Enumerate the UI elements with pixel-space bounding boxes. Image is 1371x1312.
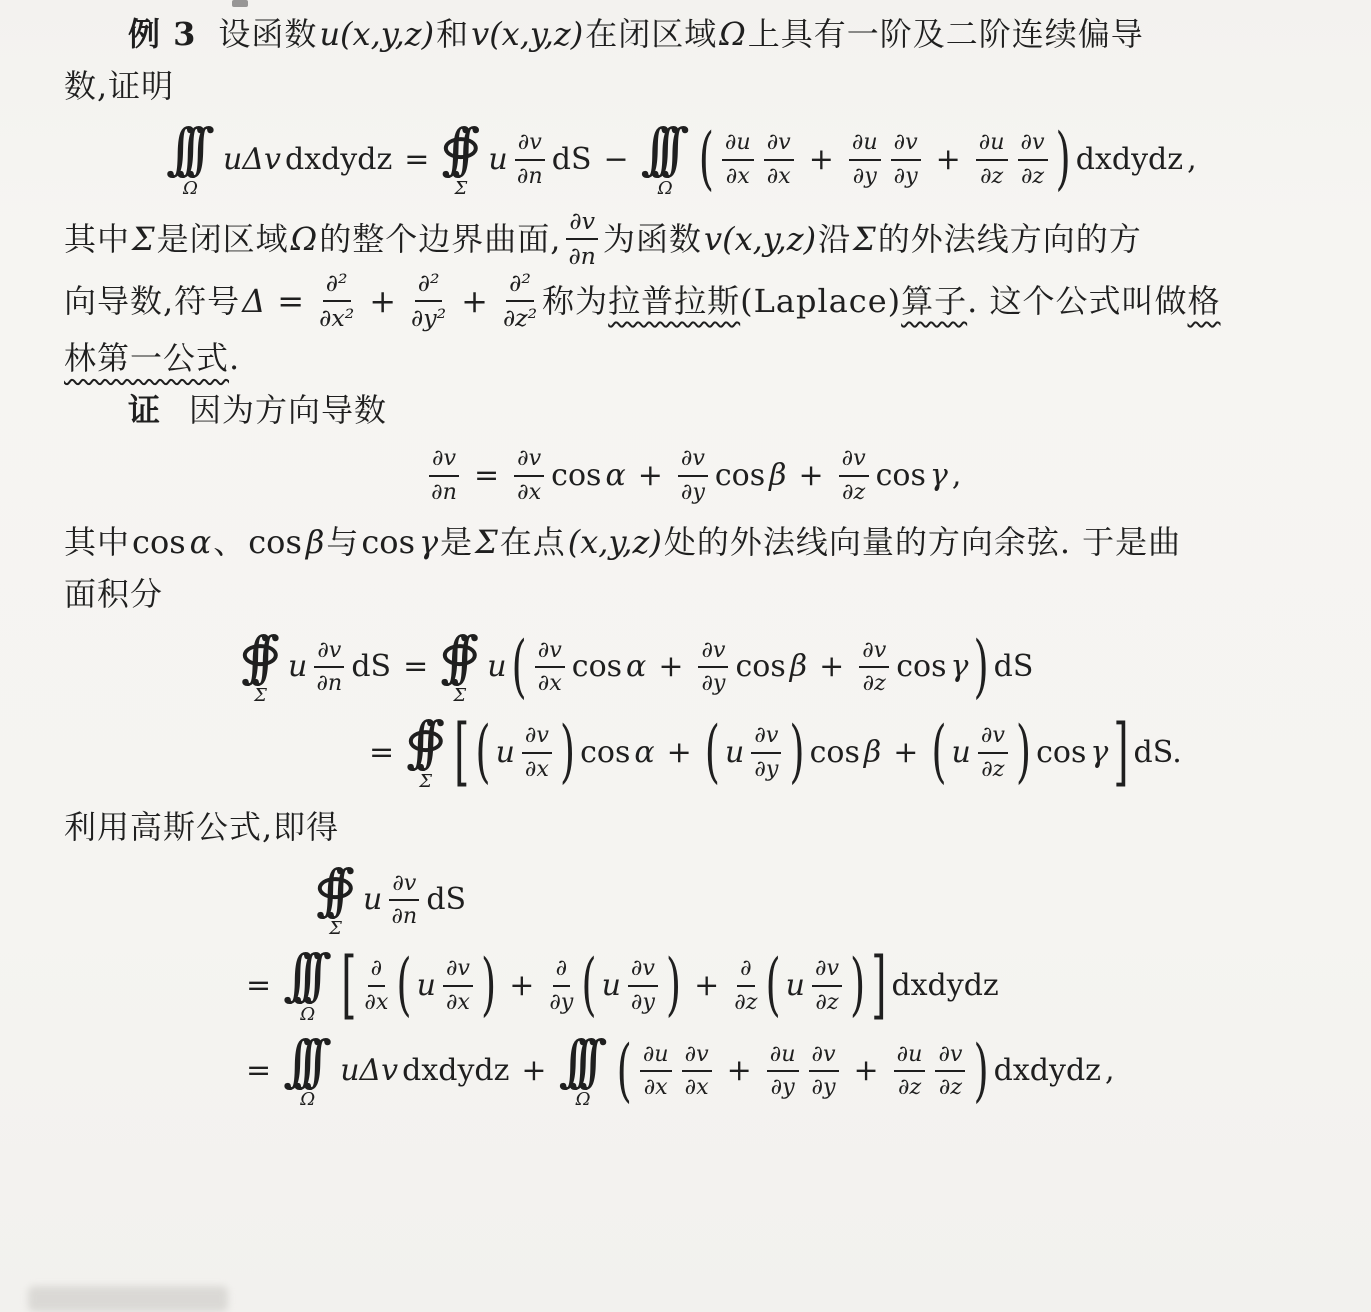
big-delimiter: ( xyxy=(705,719,720,787)
operator: − xyxy=(604,145,629,175)
text-line: 向导数,符号 Δ=∂²∂x²+∂²∂y²+∂²∂z²称为拉普拉斯(Laplace… xyxy=(64,270,1327,332)
integral-sign: ∫ xyxy=(186,122,215,178)
integral-limit: Σ xyxy=(419,773,432,791)
math-run: u xyxy=(288,652,307,682)
math-run: u xyxy=(725,738,744,768)
surface-integral-glyph: ∫∫ xyxy=(441,122,480,178)
numerator: ∂v xyxy=(935,1042,965,1073)
fraction: ∂∂x xyxy=(364,956,388,1015)
math-run: Ω xyxy=(719,9,746,59)
text-run: 的整个边界曲面, xyxy=(319,214,561,264)
denominator: ∂n xyxy=(517,161,543,190)
denominator: ∂z xyxy=(981,754,1004,783)
numerator: ∂u xyxy=(722,130,754,161)
big-delimiter: ) xyxy=(666,952,681,1020)
text-run: 在闭区域 xyxy=(585,9,717,59)
math-run: u xyxy=(488,145,507,175)
operator: + xyxy=(461,276,488,326)
denominator: ∂z xyxy=(815,987,838,1016)
big-delimiter: ] xyxy=(871,949,886,1023)
numerator: ∂² xyxy=(506,270,534,302)
math-run: α xyxy=(190,517,212,567)
math-run: β xyxy=(306,517,325,567)
bold-label: 例 3 xyxy=(128,9,196,59)
text-line: 例 3设函数 u(x,y,z)和 v(x,y,z)在闭区域 Ω 上具有一阶及二阶… xyxy=(64,8,1327,60)
operator: = xyxy=(403,652,428,682)
text-run: 设函数 xyxy=(218,9,317,59)
numerator: ∂v xyxy=(314,638,344,669)
numerator: ∂v xyxy=(978,723,1008,754)
denominator: ∂n xyxy=(431,477,457,506)
numerator: ∂v xyxy=(764,130,794,161)
text-line: 利用高斯公式,即得 xyxy=(64,801,1327,853)
para-proof-start: 证因为方向导数 xyxy=(64,384,1327,436)
denominator: ∂x² xyxy=(319,302,354,332)
math-run: γ xyxy=(951,652,969,682)
scanned-textbook-page: 例 3设函数 u(x,y,z)和 v(x,y,z)在闭区域 Ω 上具有一阶及二阶… xyxy=(0,0,1371,1312)
triple-integral: ∫∫∫Ω xyxy=(559,1034,608,1110)
numerator: ∂u xyxy=(976,130,1008,161)
integral-limit: Σ xyxy=(329,920,342,938)
integral-limit: Ω xyxy=(300,1006,315,1024)
triple-integral: ∫∫∫Ω xyxy=(166,122,215,198)
big-delimiter: ( xyxy=(581,952,596,1020)
big-delimiter: ) xyxy=(1016,719,1031,787)
denominator: ∂z xyxy=(842,477,865,506)
para-laplace-definition: 其中 Σ 是闭区域 Ω 的整个边界曲面,∂v∂n为函数 v(x,y,z)沿 Σ … xyxy=(64,208,1327,385)
formula-line: ∫∫∫ΩuΔvdxdydz=∫∫Σu∂v∂ndS−∫∫∫Ω(∂u∂x∂v∂x+∂… xyxy=(64,122,1327,198)
roman-run: cos xyxy=(551,461,601,491)
roman-run: dS. xyxy=(1134,738,1182,768)
integral-limit: Ω xyxy=(300,1091,315,1109)
roman-run: cos xyxy=(876,461,926,491)
fraction: ∂v∂n xyxy=(429,446,459,505)
surface-integral-glyph: ∫∫ xyxy=(406,715,445,771)
fraction: ∂v∂x xyxy=(514,446,544,505)
formula-line: ∂v∂n=∂v∂xcos α+∂v∂ycos β+∂v∂zcos γ, xyxy=(64,446,1327,505)
numerator: ∂v xyxy=(751,723,781,754)
fraction: ∂v∂y xyxy=(751,723,781,782)
text-run: 数,证明 xyxy=(64,61,174,111)
math-run: α xyxy=(634,738,654,768)
big-delimiter: ) xyxy=(1056,126,1071,194)
numerator: ∂v xyxy=(812,956,842,987)
text-run: 、 xyxy=(213,517,246,567)
numerator: ∂v xyxy=(522,723,552,754)
text-run: (Laplace) xyxy=(740,276,901,326)
operator: + xyxy=(509,971,534,1001)
wavy-term: 格 xyxy=(1188,276,1221,326)
big-delimiter: ) xyxy=(850,952,865,1020)
operator: + xyxy=(819,652,844,682)
integral-sign: ∫ xyxy=(579,1034,608,1090)
integral-sign: ∫ xyxy=(303,948,332,1004)
big-delimiter: ( xyxy=(765,952,780,1020)
text-run: 向导数,符号 xyxy=(64,276,240,326)
operator: + xyxy=(369,276,396,326)
math-run: uΔv xyxy=(223,145,281,175)
roman-run: cos xyxy=(132,517,186,567)
denominator: ∂y xyxy=(631,987,655,1016)
bold-label: 证 xyxy=(128,385,161,435)
numerator: ∂u xyxy=(849,130,881,161)
fraction: ∂v∂z xyxy=(935,1042,965,1101)
roman-run: cos xyxy=(248,517,302,567)
math-run: u xyxy=(417,971,436,1001)
roman-run: cos xyxy=(572,652,622,682)
numerator: ∂ xyxy=(553,956,570,987)
operator: = xyxy=(369,738,394,768)
fraction: ∂u∂z xyxy=(894,1042,926,1101)
text-line: 数,证明 xyxy=(64,60,1327,112)
fraction: ∂²∂x² xyxy=(319,270,354,332)
denominator: ∂x xyxy=(644,1072,668,1101)
math-run: Σ xyxy=(853,214,876,264)
integral-limit: Ω xyxy=(183,180,198,198)
formula-final-derivation: ∫∫Σu∂v∂ndS=∫∫∫Ω[∂∂x(u∂v∂x)+∂∂y(u∂v∂y)+∂∂… xyxy=(64,863,1327,1110)
integral-sign: ∫ xyxy=(303,1034,332,1090)
numerator: ∂v xyxy=(514,446,544,477)
roman-run: cos xyxy=(735,652,785,682)
math-run: v(x,y,z) xyxy=(471,9,583,59)
denominator: ∂x xyxy=(726,161,750,190)
math-run: γ xyxy=(419,517,438,567)
numerator: ∂v xyxy=(535,638,565,669)
numerator: ∂v xyxy=(682,1042,712,1073)
denominator: ∂z xyxy=(1021,161,1044,190)
numerator: ∂² xyxy=(323,270,351,302)
text-run: 称为 xyxy=(542,276,608,326)
para-example-statement: 例 3设函数 u(x,y,z)和 v(x,y,z)在闭区域 Ω 上具有一阶及二阶… xyxy=(64,8,1327,112)
denominator: ∂z xyxy=(898,1072,921,1101)
numerator: ∂v xyxy=(859,638,889,669)
roman-run: cos xyxy=(580,738,630,768)
triple-integral: ∫∫∫Ω xyxy=(283,1034,332,1110)
numerator: ∂v xyxy=(1018,130,1048,161)
numerator: ∂v xyxy=(628,956,658,987)
integral-limit: Σ xyxy=(453,687,466,705)
operator: + xyxy=(658,652,683,682)
surface-integral-glyph: ∫∫ xyxy=(241,630,280,686)
roman-run: , xyxy=(952,461,962,491)
text-run: 面积分 xyxy=(64,569,163,619)
denominator: ∂z² xyxy=(503,302,537,332)
formula-line: =∫∫Σ[(u∂v∂x)cos α+(u∂v∂y)cos β+(u∂v∂z)co… xyxy=(64,715,1327,791)
math-run: uΔv xyxy=(340,1056,398,1086)
text-run: 其中 xyxy=(64,517,130,567)
denominator: ∂n xyxy=(316,668,342,697)
math-run: u xyxy=(487,652,506,682)
surface-integral-glyph: ∫∫ xyxy=(440,630,479,686)
roman-run: dS xyxy=(426,885,466,915)
math-run: β xyxy=(864,738,881,768)
math-run: γ xyxy=(930,461,948,491)
text-run: 利用高斯公式,即得 xyxy=(64,802,339,852)
operator: + xyxy=(727,1056,752,1086)
math-run: β xyxy=(790,652,807,682)
text-run: 与 xyxy=(326,517,359,567)
math-run: Δ xyxy=(242,276,265,326)
triple-integral-glyph: ∫∫∫ xyxy=(559,1034,608,1090)
operator: + xyxy=(521,1056,546,1086)
text-run: 因为方向导数 xyxy=(189,385,387,435)
numerator: ∂v xyxy=(698,638,728,669)
formula-line: ∫∫Σu∂v∂ndS xyxy=(64,863,1327,939)
denominator: ∂x xyxy=(525,754,549,783)
math-run: u xyxy=(786,971,805,1001)
math-run: γ xyxy=(1090,738,1108,768)
fraction: ∂v∂z xyxy=(978,723,1008,782)
page-content: 例 3设函数 u(x,y,z)和 v(x,y,z)在闭区域 Ω 上具有一阶及二阶… xyxy=(64,8,1327,1109)
fraction: ∂u∂x xyxy=(722,130,754,189)
fraction: ∂v∂y xyxy=(628,956,658,1015)
fraction: ∂v∂y xyxy=(891,130,921,189)
surface-integral: ∫∫Σ xyxy=(441,122,480,198)
numerator: ∂u xyxy=(640,1042,672,1073)
roman-run: dxdydz xyxy=(994,1056,1101,1086)
denominator: ∂y xyxy=(771,1072,795,1101)
scan-artifact xyxy=(232,0,248,7)
surface-integral-glyph: ∫∫ xyxy=(316,863,355,919)
scan-artifact xyxy=(28,1286,228,1312)
numerator: ∂ xyxy=(737,956,754,987)
fraction: ∂u∂y xyxy=(767,1042,799,1101)
denominator: ∂x xyxy=(364,987,388,1016)
math-run: u xyxy=(363,885,382,915)
text-run: 是闭区域 xyxy=(157,214,289,264)
text-line: 其中 Σ 是闭区域 Ω 的整个边界曲面,∂v∂n为函数 v(x,y,z)沿 Σ … xyxy=(64,208,1327,270)
operator: + xyxy=(694,971,719,1001)
fraction: ∂v∂z xyxy=(812,956,842,1015)
roman-run: cos xyxy=(810,738,860,768)
math-run: u(x,y,z) xyxy=(319,9,434,59)
big-delimiter: ) xyxy=(973,633,988,701)
big-delimiter: ( xyxy=(931,719,946,787)
denominator: ∂y xyxy=(894,161,918,190)
operator: + xyxy=(854,1056,879,1086)
operator: + xyxy=(798,461,823,491)
operator: = xyxy=(246,971,271,1001)
denominator: ∂y xyxy=(681,477,705,506)
operator: + xyxy=(936,145,961,175)
denominator: ∂x xyxy=(767,161,791,190)
roman-run: dS xyxy=(994,652,1034,682)
denominator: ∂n xyxy=(391,901,417,930)
text-run: 在点 xyxy=(500,517,566,567)
operator: + xyxy=(809,145,834,175)
roman-run: dxdydz xyxy=(891,971,998,1001)
fraction: ∂v∂y xyxy=(698,638,728,697)
integral-limit: Ω xyxy=(576,1091,591,1109)
denominator: ∂z xyxy=(939,1072,962,1101)
denominator: ∂y xyxy=(853,161,877,190)
fraction: ∂²∂z² xyxy=(503,270,537,332)
fraction: ∂u∂x xyxy=(640,1042,672,1101)
fraction: ∂v∂y xyxy=(678,446,708,505)
formula-directional-derivative: ∂v∂n=∂v∂xcos α+∂v∂ycos β+∂v∂zcos γ, xyxy=(64,446,1327,505)
fraction: ∂v∂n xyxy=(515,130,545,189)
roman-run: dS xyxy=(351,652,391,682)
operator: = xyxy=(277,276,304,326)
roman-run: dxdydz xyxy=(285,145,392,175)
denominator: ∂x xyxy=(517,477,541,506)
text-run: 为函数 xyxy=(603,214,702,264)
denominator: ∂z xyxy=(863,668,886,697)
numerator: ∂u xyxy=(894,1042,926,1073)
formula-surface-integral-expansion: ∫∫Σu∂v∂ndS=∫∫Σu(∂v∂xcos α+∂v∂ycos β+∂v∂z… xyxy=(64,630,1327,791)
surface-integral: ∫∫Σ xyxy=(440,630,479,706)
denominator: ∂z xyxy=(980,161,1003,190)
denominator: ∂y² xyxy=(411,302,446,332)
numerator: ∂v xyxy=(389,871,419,902)
roman-run: cos xyxy=(896,652,946,682)
math-run: u xyxy=(602,971,621,1001)
operator: + xyxy=(893,738,918,768)
math-run: α xyxy=(605,461,625,491)
math-run: Ω xyxy=(291,214,318,264)
text-run: 其中 xyxy=(64,214,130,264)
roman-run: , xyxy=(1187,145,1197,175)
roman-run: dxdydz xyxy=(1076,145,1183,175)
math-run: Σ xyxy=(475,517,498,567)
roman-run: cos xyxy=(1036,738,1086,768)
denominator: ∂x xyxy=(685,1072,709,1101)
operator: + xyxy=(638,461,663,491)
fraction: ∂v∂n xyxy=(314,638,344,697)
math-run: α xyxy=(626,652,646,682)
surface-integral: ∫∫Σ xyxy=(316,863,355,939)
denominator: ∂y xyxy=(701,668,725,697)
fraction: ∂v∂z xyxy=(1018,130,1048,189)
wavy-term: 算子 xyxy=(901,276,967,326)
formula-line: =∫∫∫ΩuΔvdxdydz+∫∫∫Ω(∂u∂x∂v∂x+∂u∂y∂v∂y+∂u… xyxy=(64,1034,1327,1110)
triple-integral-glyph: ∫∫∫ xyxy=(283,948,332,1004)
math-run: u xyxy=(952,738,971,768)
formula-green-first: ∫∫∫ΩuΔvdxdydz=∫∫Σu∂v∂ndS−∫∫∫Ω(∂u∂x∂v∂x+∂… xyxy=(64,122,1327,198)
roman-run: dxdydz xyxy=(402,1056,509,1086)
fraction: ∂v∂z xyxy=(859,638,889,697)
big-delimiter: ( xyxy=(512,633,527,701)
triple-integral-glyph: ∫∫∫ xyxy=(641,122,690,178)
numerator: ∂v xyxy=(566,208,598,240)
big-delimiter: ( xyxy=(617,1037,632,1105)
operator: = xyxy=(404,145,429,175)
fraction: ∂v∂y xyxy=(809,1042,839,1101)
numerator: ∂v xyxy=(839,446,869,477)
triple-integral: ∫∫∫Ω xyxy=(283,948,332,1024)
text-run: 和 xyxy=(436,9,469,59)
fraction: ∂∂y xyxy=(549,956,573,1015)
math-run: (x,y,z) xyxy=(568,517,662,567)
big-delimiter: ) xyxy=(973,1037,988,1105)
numerator: ∂v xyxy=(443,956,473,987)
wavy-term: 林第一公式 xyxy=(64,333,229,383)
numerator: ∂v xyxy=(429,446,459,477)
text-line: 面积分 xyxy=(64,568,1327,620)
fraction: ∂v∂x xyxy=(682,1042,712,1101)
roman-run: dS xyxy=(552,145,592,175)
formula-line: ∫∫Σu∂v∂ndS=∫∫Σu(∂v∂xcos α+∂v∂ycos β+∂v∂z… xyxy=(64,630,1327,706)
fraction: ∂v∂z xyxy=(839,446,869,505)
operator: = xyxy=(474,461,499,491)
denominator: ∂y xyxy=(812,1072,836,1101)
numerator: ∂v xyxy=(809,1042,839,1073)
denominator: ∂x xyxy=(446,987,470,1016)
integral-limit: Σ xyxy=(254,687,267,705)
big-delimiter: ) xyxy=(789,719,804,787)
text-line: 证因为方向导数 xyxy=(64,384,1327,436)
fraction: ∂u∂y xyxy=(849,130,881,189)
numerator: ∂u xyxy=(767,1042,799,1073)
denominator: ∂n xyxy=(568,240,596,270)
math-run: v(x,y,z) xyxy=(704,214,816,264)
para-direction-cosines: 其中 cos α、cos β 与 cos γ 是 Σ 在点(x,y,z)处的外法… xyxy=(64,516,1327,620)
integral-limit: Ω xyxy=(658,180,673,198)
numerator: ∂v xyxy=(678,446,708,477)
text-run: 处的外法线向量的方向余弦. 于是曲 xyxy=(664,517,1181,567)
integral-sign: ∫ xyxy=(661,122,690,178)
roman-run: cos xyxy=(361,517,415,567)
denominator: ∂y xyxy=(754,754,778,783)
operator: = xyxy=(246,1056,271,1086)
math-run: Σ xyxy=(132,214,155,264)
math-run: β xyxy=(769,461,786,491)
denominator: ∂y xyxy=(549,987,573,1016)
triple-integral: ∫∫∫Ω xyxy=(641,122,690,198)
fraction: ∂u∂z xyxy=(976,130,1008,189)
fraction: ∂v∂n xyxy=(389,871,419,930)
numerator: ∂² xyxy=(415,270,443,302)
fraction: ∂∂z xyxy=(734,956,757,1015)
text-line: 林第一公式. xyxy=(64,332,1327,384)
wavy-term: 拉普拉斯 xyxy=(608,276,740,326)
numerator: ∂ xyxy=(368,956,385,987)
roman-run: cos xyxy=(715,461,765,491)
para-gauss: 利用高斯公式,即得 xyxy=(64,801,1327,853)
surface-integral: ∫∫Σ xyxy=(406,715,445,791)
formula-line: =∫∫∫Ω[∂∂x(u∂v∂x)+∂∂y(u∂v∂y)+∂∂z(u∂v∂z)]d… xyxy=(64,948,1327,1024)
numerator: ∂v xyxy=(891,130,921,161)
big-delimiter: [ xyxy=(341,949,356,1023)
operator: + xyxy=(667,738,692,768)
surface-integral: ∫∫Σ xyxy=(241,630,280,706)
fraction: ∂v∂n xyxy=(566,208,598,270)
roman-run: , xyxy=(1105,1056,1115,1086)
triple-integral-glyph: ∫∫∫ xyxy=(283,1034,332,1090)
integral-limit: Σ xyxy=(455,180,468,198)
fraction: ∂v∂x xyxy=(443,956,473,1015)
denominator: ∂x xyxy=(538,668,562,697)
big-delimiter: ( xyxy=(475,719,490,787)
big-delimiter: ) xyxy=(481,952,496,1020)
text-run: . xyxy=(229,333,240,383)
text-run: 是 xyxy=(440,517,473,567)
denominator: ∂z xyxy=(734,987,757,1016)
numerator: ∂v xyxy=(515,130,545,161)
big-delimiter: ( xyxy=(699,126,714,194)
text-line: 其中 cos α、cos β 与 cos γ 是 Σ 在点(x,y,z)处的外法… xyxy=(64,516,1327,568)
big-delimiter: ( xyxy=(396,952,411,1020)
big-delimiter: [ xyxy=(454,716,469,790)
text-run: 沿 xyxy=(818,214,851,264)
fraction: ∂v∂x xyxy=(764,130,794,189)
big-delimiter: ) xyxy=(560,719,575,787)
fraction: ∂v∂x xyxy=(535,638,565,697)
fraction: ∂²∂y² xyxy=(411,270,446,332)
math-run: u xyxy=(496,738,515,768)
fraction: ∂v∂x xyxy=(522,723,552,782)
text-run: 上具有一阶及二阶连续偏导 xyxy=(748,9,1144,59)
